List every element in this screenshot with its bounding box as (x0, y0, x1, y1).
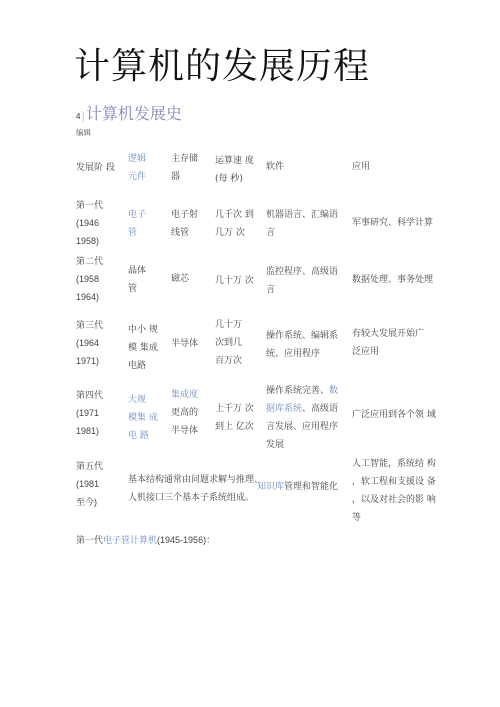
row2-logic: 晶体 管 (128, 262, 146, 298)
row3-memory: 半导体 (171, 335, 198, 353)
speed-line: 百万次 (215, 352, 242, 370)
stage-line: 第二代 (76, 252, 103, 270)
row4-logic-link[interactable]: 大规 模集 成 电 路 (128, 391, 158, 445)
structure-line: 基本结构通常由问题求解与推理、 (128, 471, 263, 489)
header-speed-line1: 运算速 度 (215, 152, 254, 170)
row2-speed: 几十万 次 (215, 272, 254, 290)
row4-speed: 上千万 次 到上 亿次 (215, 400, 254, 436)
row4-stage: 第四代 (1971 1981) (76, 386, 103, 440)
row1-software: 机器语言、汇编语 言 (266, 206, 338, 242)
stage-line: 第一代 (76, 196, 103, 214)
stage-line: (1958 (76, 270, 103, 288)
section-separator: | (81, 111, 84, 122)
logic-line: 模集 成 (128, 409, 158, 427)
memory-line: 更高的 (171, 404, 198, 422)
software-line: 言 (266, 281, 338, 299)
software-text: 操作系统完善、 (266, 386, 329, 396)
logic-line: 管 (128, 224, 146, 242)
section-heading-link[interactable]: 计算机发展史 (86, 104, 182, 123)
logic-line: 中小 规 (128, 321, 158, 339)
application-line: 泛应用 (352, 343, 424, 361)
row1-stage: 第一代 (1946 1958) (76, 196, 103, 250)
stage-line: 1958) (76, 232, 103, 250)
knowledge-base-link[interactable]: 知识库 (257, 482, 284, 492)
logic-line: 晶体 (128, 262, 146, 280)
row4-software: 操作系统完善、数 据库系统、高级语 言发展、应用程序 发展 (266, 382, 350, 454)
software-line: 言发展、应用程序 (266, 418, 350, 436)
memory-link[interactable]: 集成度 (171, 386, 198, 404)
row3-software: 操作系统、编辑系 统、应用程序 (266, 327, 338, 363)
logic-line: 电子 (128, 206, 146, 224)
row2-memory: 磁芯 (171, 270, 189, 288)
row3-application: 有较大发展开始广 泛应用 (352, 325, 424, 361)
stage-line: 第三代 (76, 316, 103, 334)
software-line: 监控程序、高级语 (266, 263, 338, 281)
speed-line: 到上 亿次 (215, 418, 254, 436)
application-line: ，以及对社会的影 响 (352, 491, 436, 509)
database-link[interactable]: 数 (329, 386, 338, 396)
software-line: 言 (266, 224, 338, 242)
vacuum-tube-computer-link[interactable]: 电子管计算机 (103, 536, 157, 546)
application-line: ，软工程和支援设 备 (352, 473, 436, 491)
application-line: 等 (352, 509, 436, 527)
header-memory-line1: 主存储 (171, 150, 198, 168)
database-link[interactable]: 据库系统 (266, 404, 302, 414)
section-header: 4|计算机发展史 (76, 101, 182, 124)
header-memory-line2: 器 (171, 168, 198, 186)
logic-line: 管 (128, 280, 146, 298)
stage-line: 1964) (76, 288, 103, 306)
row2-application: 数据处理、事务处理 (352, 271, 433, 289)
stage-line: 至今) (76, 493, 103, 511)
first-gen-paragraph: 第一代电子管计算机(1945-1956)： (76, 533, 215, 546)
header-logic-line2: 元件 (128, 168, 146, 186)
section-number: 4 (76, 112, 80, 121)
footer-suffix: (1945-1956)： (157, 535, 215, 545)
row5-software: 知识库管理和智能化 (257, 478, 338, 496)
memory-line: 半导体 (171, 422, 198, 440)
footer-prefix: 第一代 (76, 536, 103, 546)
logic-line: 大规 (128, 391, 158, 409)
stage-line: (1971 (76, 404, 103, 422)
row3-speed: 几十万 次到几 百万次 (215, 316, 242, 370)
row3-logic: 中小 规 模 集成 电路 (128, 321, 158, 375)
memory-line: 电子射 (171, 206, 198, 224)
stage-line: (1964 (76, 334, 103, 352)
memory-line: 线管 (171, 224, 198, 242)
software-line: 发展 (266, 436, 350, 454)
row1-application: 军事研究、科学计算 (352, 214, 433, 232)
header-application: 应用 (352, 158, 370, 176)
stage-line: 1981) (76, 422, 103, 440)
row5-application: 人工智能，系统结 构 ，软工程和支援设 备 ，以及对社会的影 响 等 (352, 455, 436, 527)
stage-line: (1981 (76, 475, 103, 493)
stage-line: (1946 (76, 214, 103, 232)
speed-line: 几万 次 (215, 224, 254, 242)
stage-line: 第四代 (76, 386, 103, 404)
header-stage: 发展阶 段 (76, 159, 115, 177)
stage-line: 第五代 (76, 457, 103, 475)
row2-software: 监控程序、高级语 言 (266, 263, 338, 299)
row4-memory: 集成度 更高的 半导体 (171, 386, 198, 440)
structure-line: 人机接口三个基本子系统组成。 (128, 489, 263, 507)
row3-stage: 第三代 (1964 1971) (76, 316, 103, 370)
speed-line: 几十万 (215, 316, 242, 334)
speed-line: 上千万 次 (215, 400, 254, 418)
software-text: 、高级语 (302, 404, 338, 414)
software-text: 管理和智能化 (284, 482, 338, 492)
edit-link[interactable]: 编辑 (76, 127, 91, 138)
logic-line: 电 路 (128, 427, 158, 445)
software-line: 机器语言、汇编语 (266, 206, 338, 224)
row1-speed: 几千次 到 几万 次 (215, 206, 254, 242)
row2-stage: 第二代 (1958 1964) (76, 252, 103, 306)
page-title: 计算机的发展历程 (74, 38, 370, 89)
logic-line: 电路 (128, 357, 158, 375)
row1-memory: 电子射 线管 (171, 206, 198, 242)
header-logic-link[interactable]: 逻辑 元件 (128, 150, 146, 186)
logic-line: 模 集成 (128, 339, 158, 357)
row5-structure: 基本结构通常由问题求解与推理、 人机接口三个基本子系统组成。 (128, 471, 263, 507)
header-speed: 运算速 度 (每 秒) (215, 152, 254, 188)
software-line: 统、应用程序 (266, 345, 338, 363)
header-speed-line2: (每 秒) (215, 170, 254, 188)
header-memory: 主存储 器 (171, 150, 198, 186)
row1-logic-link[interactable]: 电子 管 (128, 206, 146, 242)
application-line: 人工智能，系统结 构 (352, 455, 436, 473)
stage-line: 1971) (76, 352, 103, 370)
row5-stage: 第五代 (1981 至今) (76, 457, 103, 511)
speed-line: 次到几 (215, 334, 242, 352)
header-software: 软件 (266, 158, 284, 176)
application-line: 有较大发展开始广 (352, 325, 424, 343)
software-line: 操作系统、编辑系 (266, 327, 338, 345)
row4-application: 广泛应用到各个领 域 (352, 406, 436, 424)
speed-line: 几千次 到 (215, 206, 254, 224)
header-logic-line1: 逻辑 (128, 150, 146, 168)
